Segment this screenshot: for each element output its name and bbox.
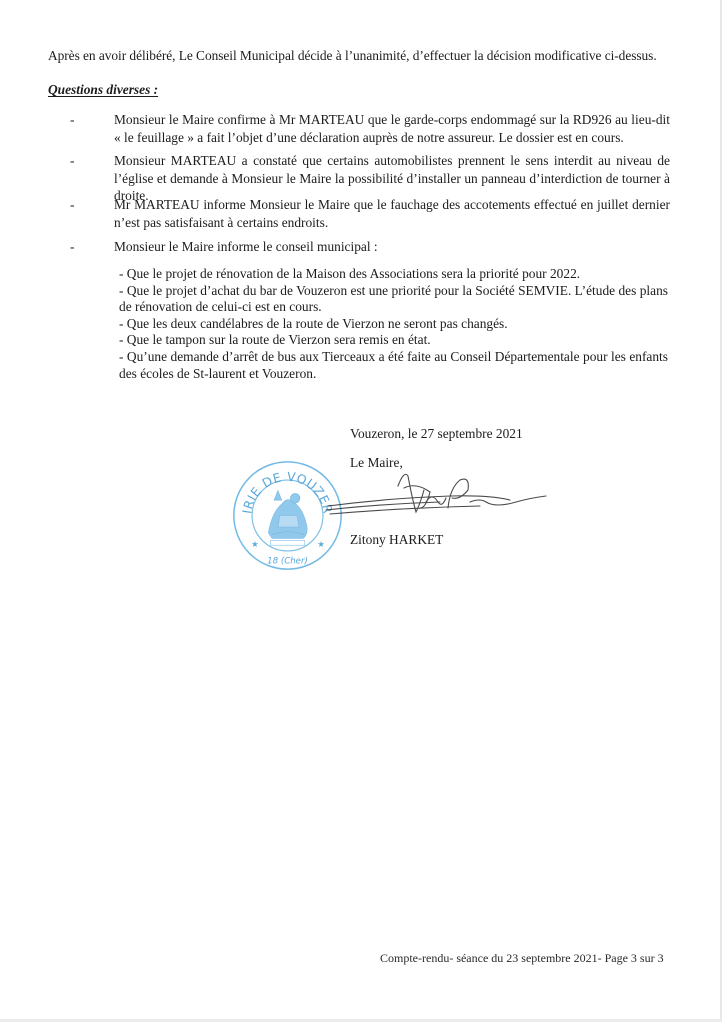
bullet-dash: -	[70, 196, 74, 214]
information-item: - Que les deux candélabres de la route d…	[119, 316, 668, 333]
page-footer: Compte-rendu- séance du 23 septembre 202…	[380, 951, 664, 966]
bullet-dash: -	[70, 238, 74, 256]
handwritten-signature-icon	[320, 468, 550, 528]
stamp-bottom-text: 18 (Cher)	[267, 556, 308, 566]
information-item: - Que le tampon sur la route de Vierzon …	[119, 332, 668, 349]
bullet-text: Monsieur le Maire informe le conseil mun…	[114, 238, 670, 256]
bullet-text: Monsieur le Maire confirme à Mr MARTEAU …	[114, 111, 670, 146]
information-item: - Qu’une demande d’arrêt de bus aux Tier…	[119, 349, 668, 382]
information-item: - Que le projet de rénovation de la Mais…	[119, 266, 668, 283]
document-page: Après en avoir délibéré, Le Conseil Muni…	[0, 0, 722, 1022]
bullet-dash: -	[70, 152, 74, 170]
information-item: - Que le projet d’achat du bar de Vouzer…	[119, 283, 668, 316]
intro-paragraph: Après en avoir délibéré, Le Conseil Muni…	[48, 48, 657, 64]
signatory-name: Zitony HARKET	[350, 532, 443, 548]
bullet-item: - Monsieur le Maire informe le conseil m…	[70, 238, 670, 256]
signature-place-date: Vouzeron, le 27 septembre 2021	[350, 426, 523, 442]
section-title-questions-diverses: Questions diverses :	[48, 82, 158, 98]
bullet-item: - Monsieur le Maire confirme à Mr MARTEA…	[70, 111, 670, 146]
mayor-information-list: - Que le projet de rénovation de la Mais…	[119, 266, 668, 382]
bullet-dash: -	[70, 111, 74, 129]
bullet-text: Mr MARTEAU informe Monsieur le Maire que…	[114, 196, 670, 231]
svg-text:★: ★	[251, 539, 259, 549]
bullet-item: - Mr MARTEAU informe Monsieur le Maire q…	[70, 196, 670, 231]
svg-text:★: ★	[317, 539, 325, 549]
